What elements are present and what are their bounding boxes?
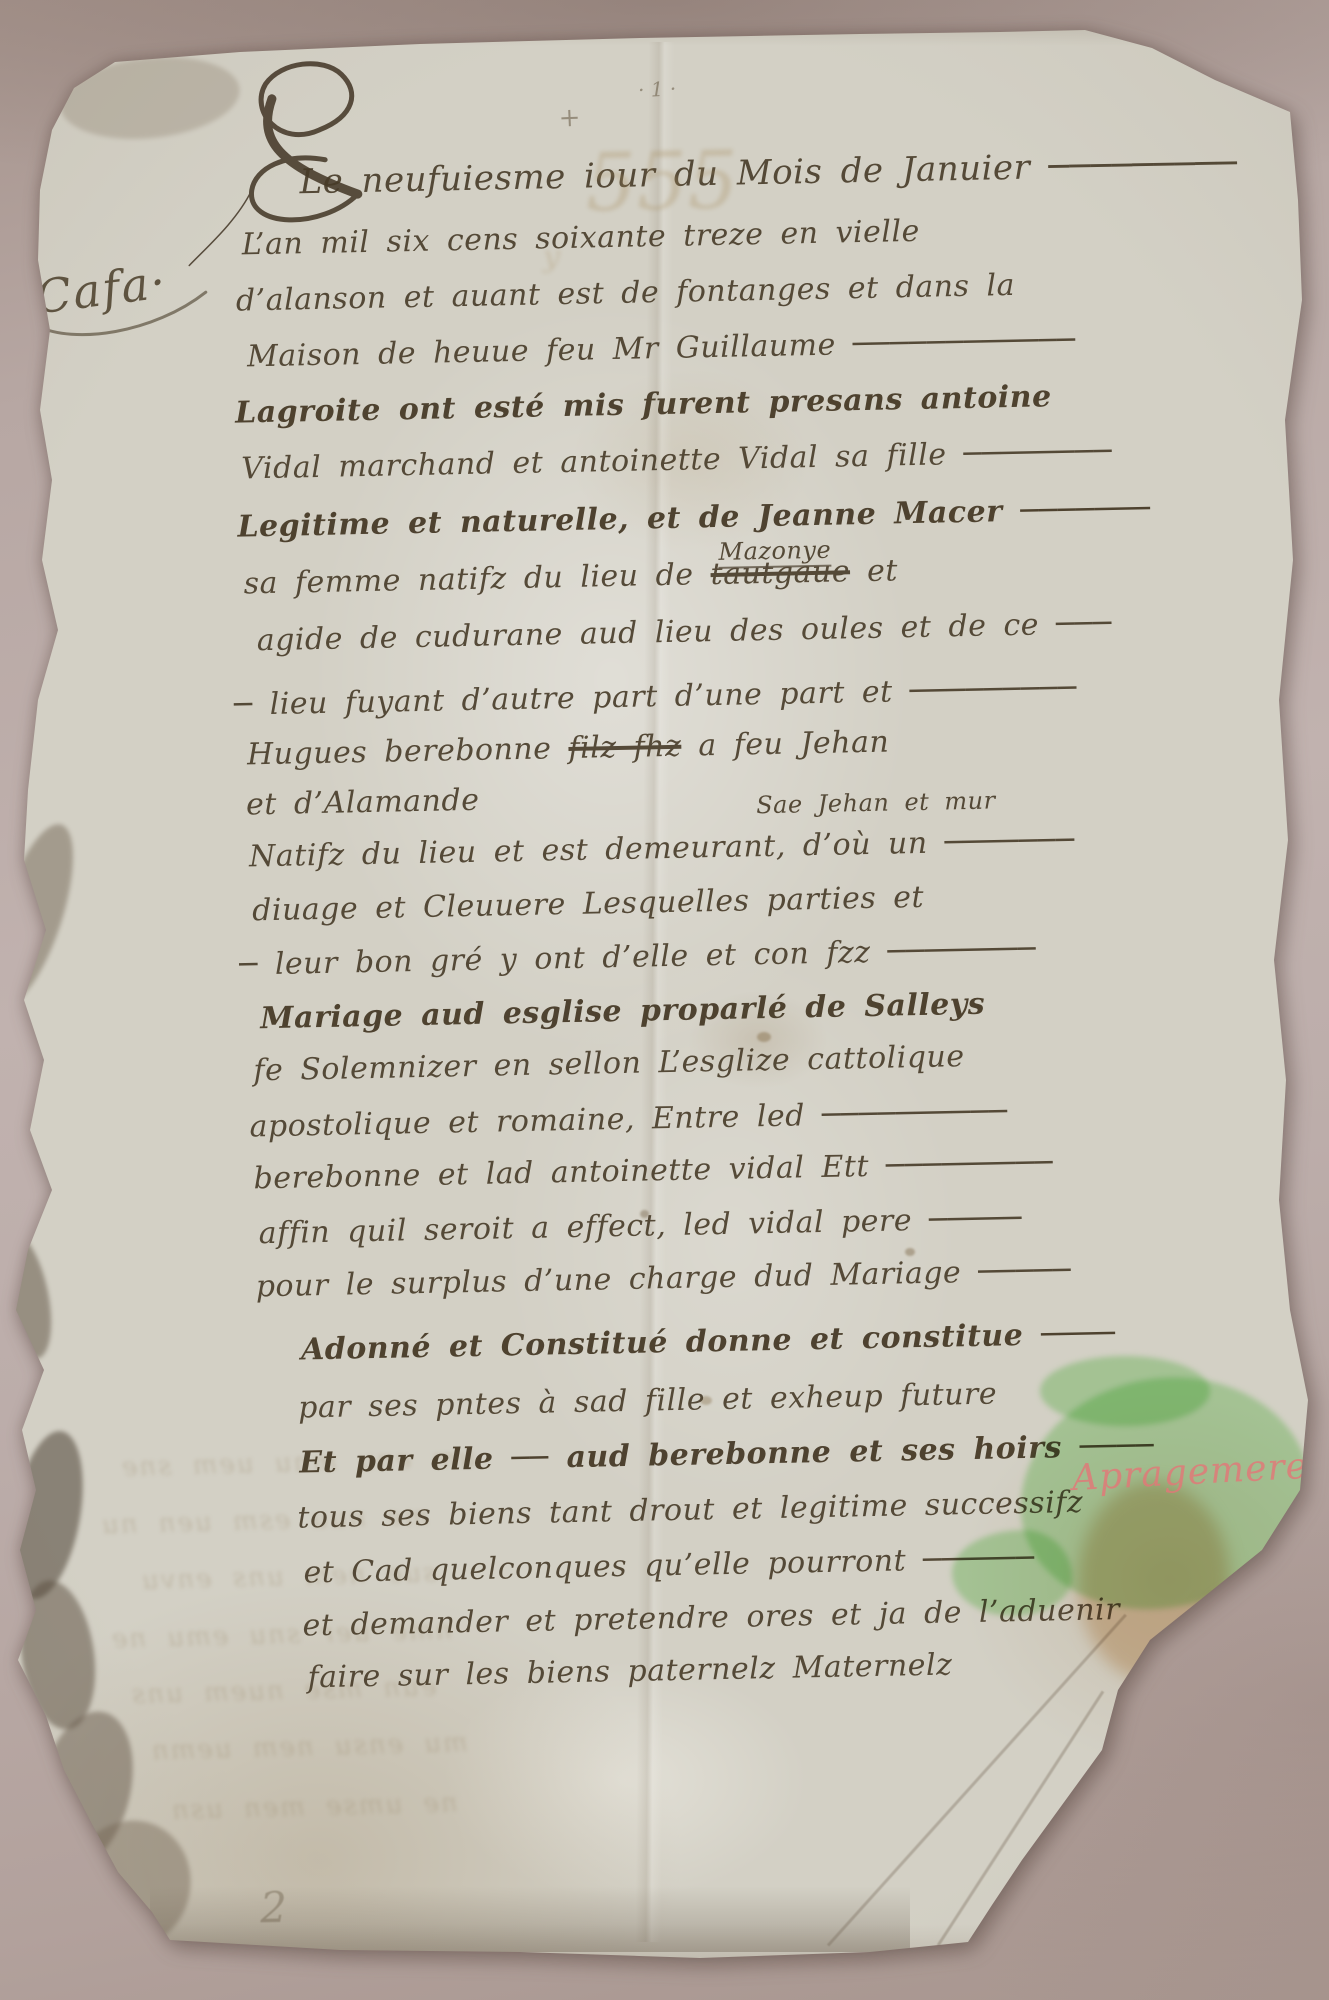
faint-mark: + [558, 74, 1329, 2000]
faint-mark: 555 [585, 133, 740, 229]
paper-stain [1198, 1592, 1302, 1722]
ink-layer: Cafa· Le neufuiesme iour du Mois de Janu… [0, 0, 1329, 2000]
faint-mark: 2 [260, 1883, 288, 1933]
faint-marks: · 1 ·+555y2 [0, 0, 1329, 2000]
faint-mark: y [543, 239, 561, 274]
manuscript-paper-wrap: um enu mnu uem sneme nuu esm uen nusue n… [0, 0, 1329, 2000]
manuscript-paper: um enu mnu uem sneme nuu esm uen nusue n… [0, 0, 1329, 2000]
edge-tear [0, 320, 30, 540]
watermark-blob [1040, 1356, 1210, 1426]
paper-stain [1078, 1482, 1230, 1682]
